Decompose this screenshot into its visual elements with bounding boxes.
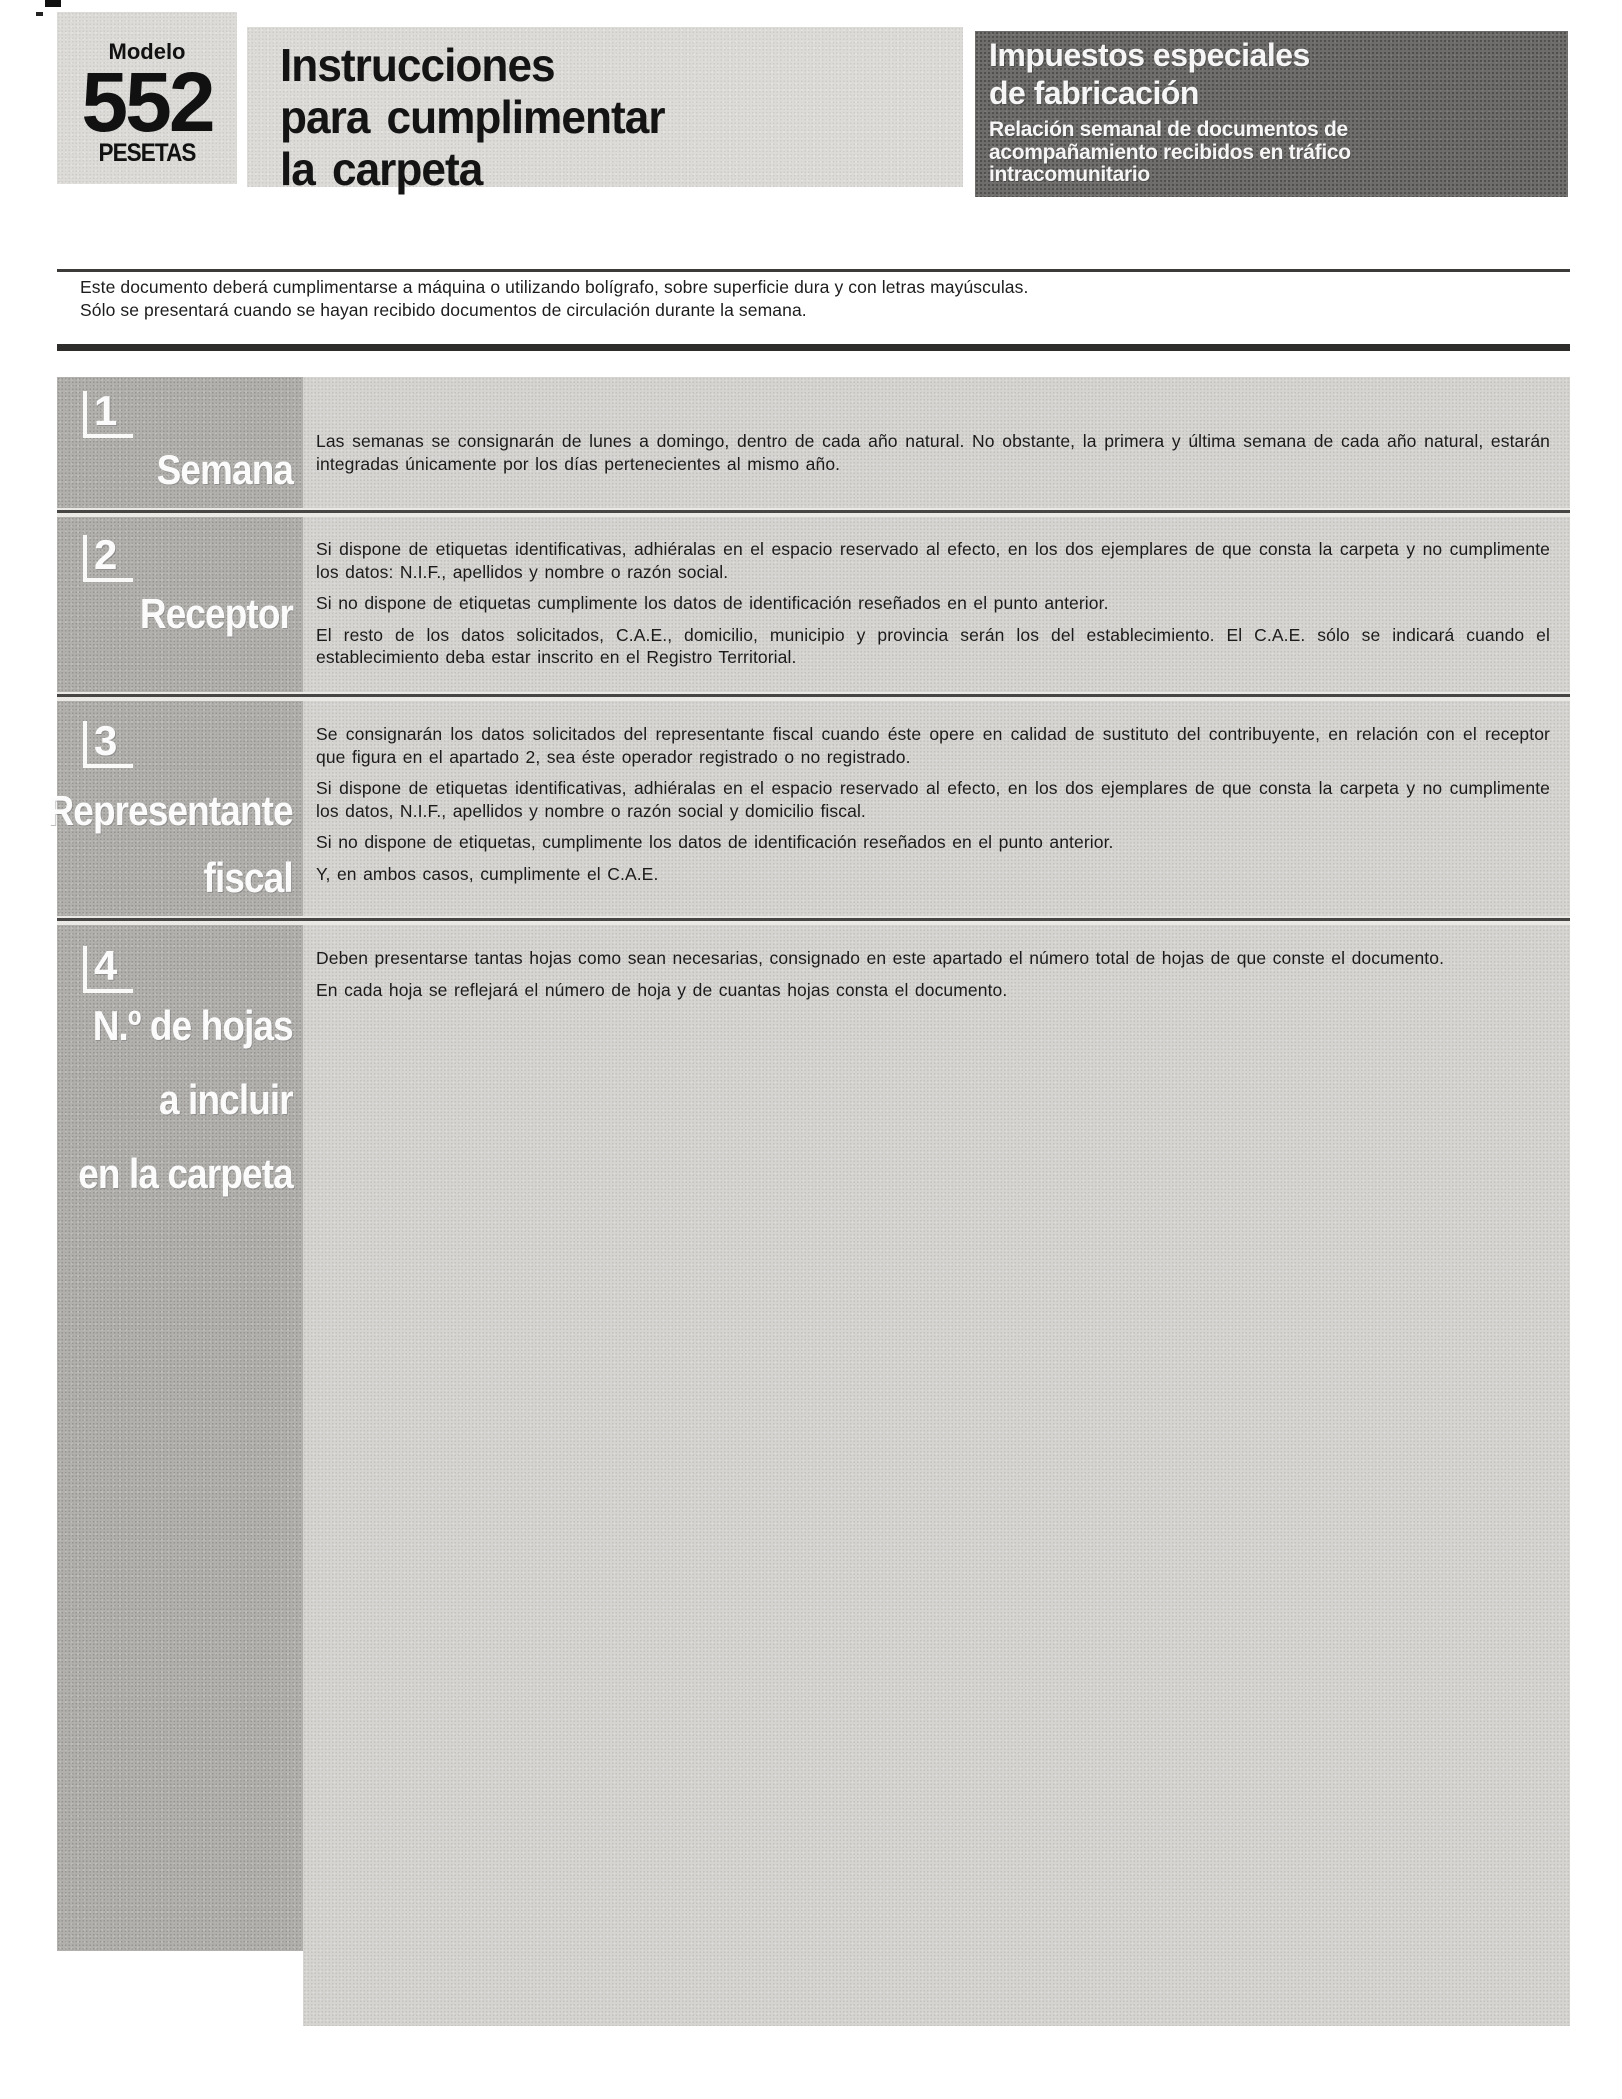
section-numero-de-hojas: 4 N.º de hojas a incluir en la carpeta D… [57, 925, 1570, 2026]
tax-category-box: Impuestos especiales de fabricación Rela… [975, 31, 1568, 197]
paragraph: Deben presentarse tantas hojas como sean… [316, 947, 1550, 970]
section-label: Receptor [140, 590, 293, 638]
tax-box-title-line: de fabricación [989, 74, 1568, 112]
section-label-line: Semana [157, 446, 293, 494]
page-title-line: para cumplimentar [280, 91, 936, 143]
form-title-box: Instrucciones para cumplimentar la carpe… [247, 27, 963, 187]
section-representante-fiscal: 3 Representante fiscal Se consignarán lo… [57, 701, 1570, 916]
intro-line: Este documento deberá cumplimentarse a m… [80, 276, 1542, 299]
section-number: 4 [83, 946, 133, 993]
instructions-panel: 1 Semana Las semanas se consignarán de l… [57, 377, 1570, 2026]
model-box: Modelo 552 PESETAS [57, 12, 237, 184]
paragraph: Si dispone de etiquetas identificativas,… [316, 538, 1550, 583]
section-number: 3 [83, 721, 133, 768]
paragraph: Y, en ambos casos, cumplimente el C.A.E. [316, 863, 1550, 886]
section-label-line: Representante [48, 777, 293, 844]
section-text: Se consignarán los datos solicitados del… [303, 701, 1570, 916]
section-label-line: N.º de hojas [78, 989, 293, 1063]
tax-box-subtitle-line: intracomunitario [989, 164, 1568, 187]
paragraph: Si no dispone de etiquetas cumplimente l… [316, 592, 1550, 615]
divider-thin-rule [57, 269, 1570, 272]
page-title-line: la carpeta [280, 143, 936, 195]
paragraph: Se consignarán los datos solicitados del… [316, 723, 1550, 768]
tax-box-subtitle-line: acompañamiento recibidos en tráfico [989, 142, 1568, 165]
paragraph: El resto de los datos solicitados, C.A.E… [316, 624, 1550, 669]
section-label-line: Receptor [140, 590, 293, 638]
section-text: Deben presentarse tantas hojas como sean… [303, 925, 1570, 2026]
scan-artifact [36, 12, 43, 16]
section-text: Las semanas se consignarán de lunes a do… [303, 377, 1570, 508]
model-number: 552 [57, 67, 237, 137]
paragraph: Las semanas se consignarán de lunes a do… [316, 430, 1550, 475]
section-number: 2 [83, 535, 133, 582]
section-divider [57, 692, 1570, 701]
section-divider [57, 916, 1570, 925]
section-number: 1 [83, 391, 133, 438]
page-title-line: Instrucciones [280, 27, 936, 91]
paragraph: Si no dispone de etiquetas, cumplimente … [316, 831, 1550, 854]
section-label-line: en la carpeta [78, 1137, 293, 1211]
intro-line: Sólo se presentará cuando se hayan recib… [80, 299, 1542, 322]
section-label: N.º de hojas a incluir en la carpeta [78, 989, 293, 1211]
section-label-column: 1 Semana [57, 377, 303, 508]
paragraph: En cada hoja se reflejará el número de h… [316, 979, 1550, 1002]
section-label-column: 4 N.º de hojas a incluir en la carpeta [57, 925, 303, 1951]
document-page: Modelo 552 PESETAS Instrucciones para cu… [0, 0, 1622, 2099]
section-label-column: 2 Receptor [57, 517, 303, 692]
section-label-line: a incluir [78, 1063, 293, 1137]
section-label: Representante fiscal [48, 777, 293, 911]
model-currency: PESETAS [66, 139, 228, 168]
section-text: Si dispone de etiquetas identificativas,… [303, 517, 1570, 692]
divider-thick-rule [57, 344, 1570, 351]
section-label-line: fiscal [48, 844, 293, 911]
tax-box-title-line: Impuestos especiales [989, 31, 1568, 74]
section-label: Semana [157, 446, 293, 494]
section-label-column: 3 Representante fiscal [57, 701, 303, 916]
scan-artifact [45, 0, 61, 7]
intro-text: Este documento deberá cumplimentarse a m… [80, 276, 1542, 322]
section-divider [57, 508, 1570, 517]
tax-box-subtitle-line: Relación semanal de documentos de [989, 119, 1568, 142]
section-receptor: 2 Receptor Si dispone de etiquetas ident… [57, 517, 1570, 692]
paragraph: Si dispone de etiquetas identificativas,… [316, 777, 1550, 822]
section-semana: 1 Semana Las semanas se consignarán de l… [57, 377, 1570, 508]
